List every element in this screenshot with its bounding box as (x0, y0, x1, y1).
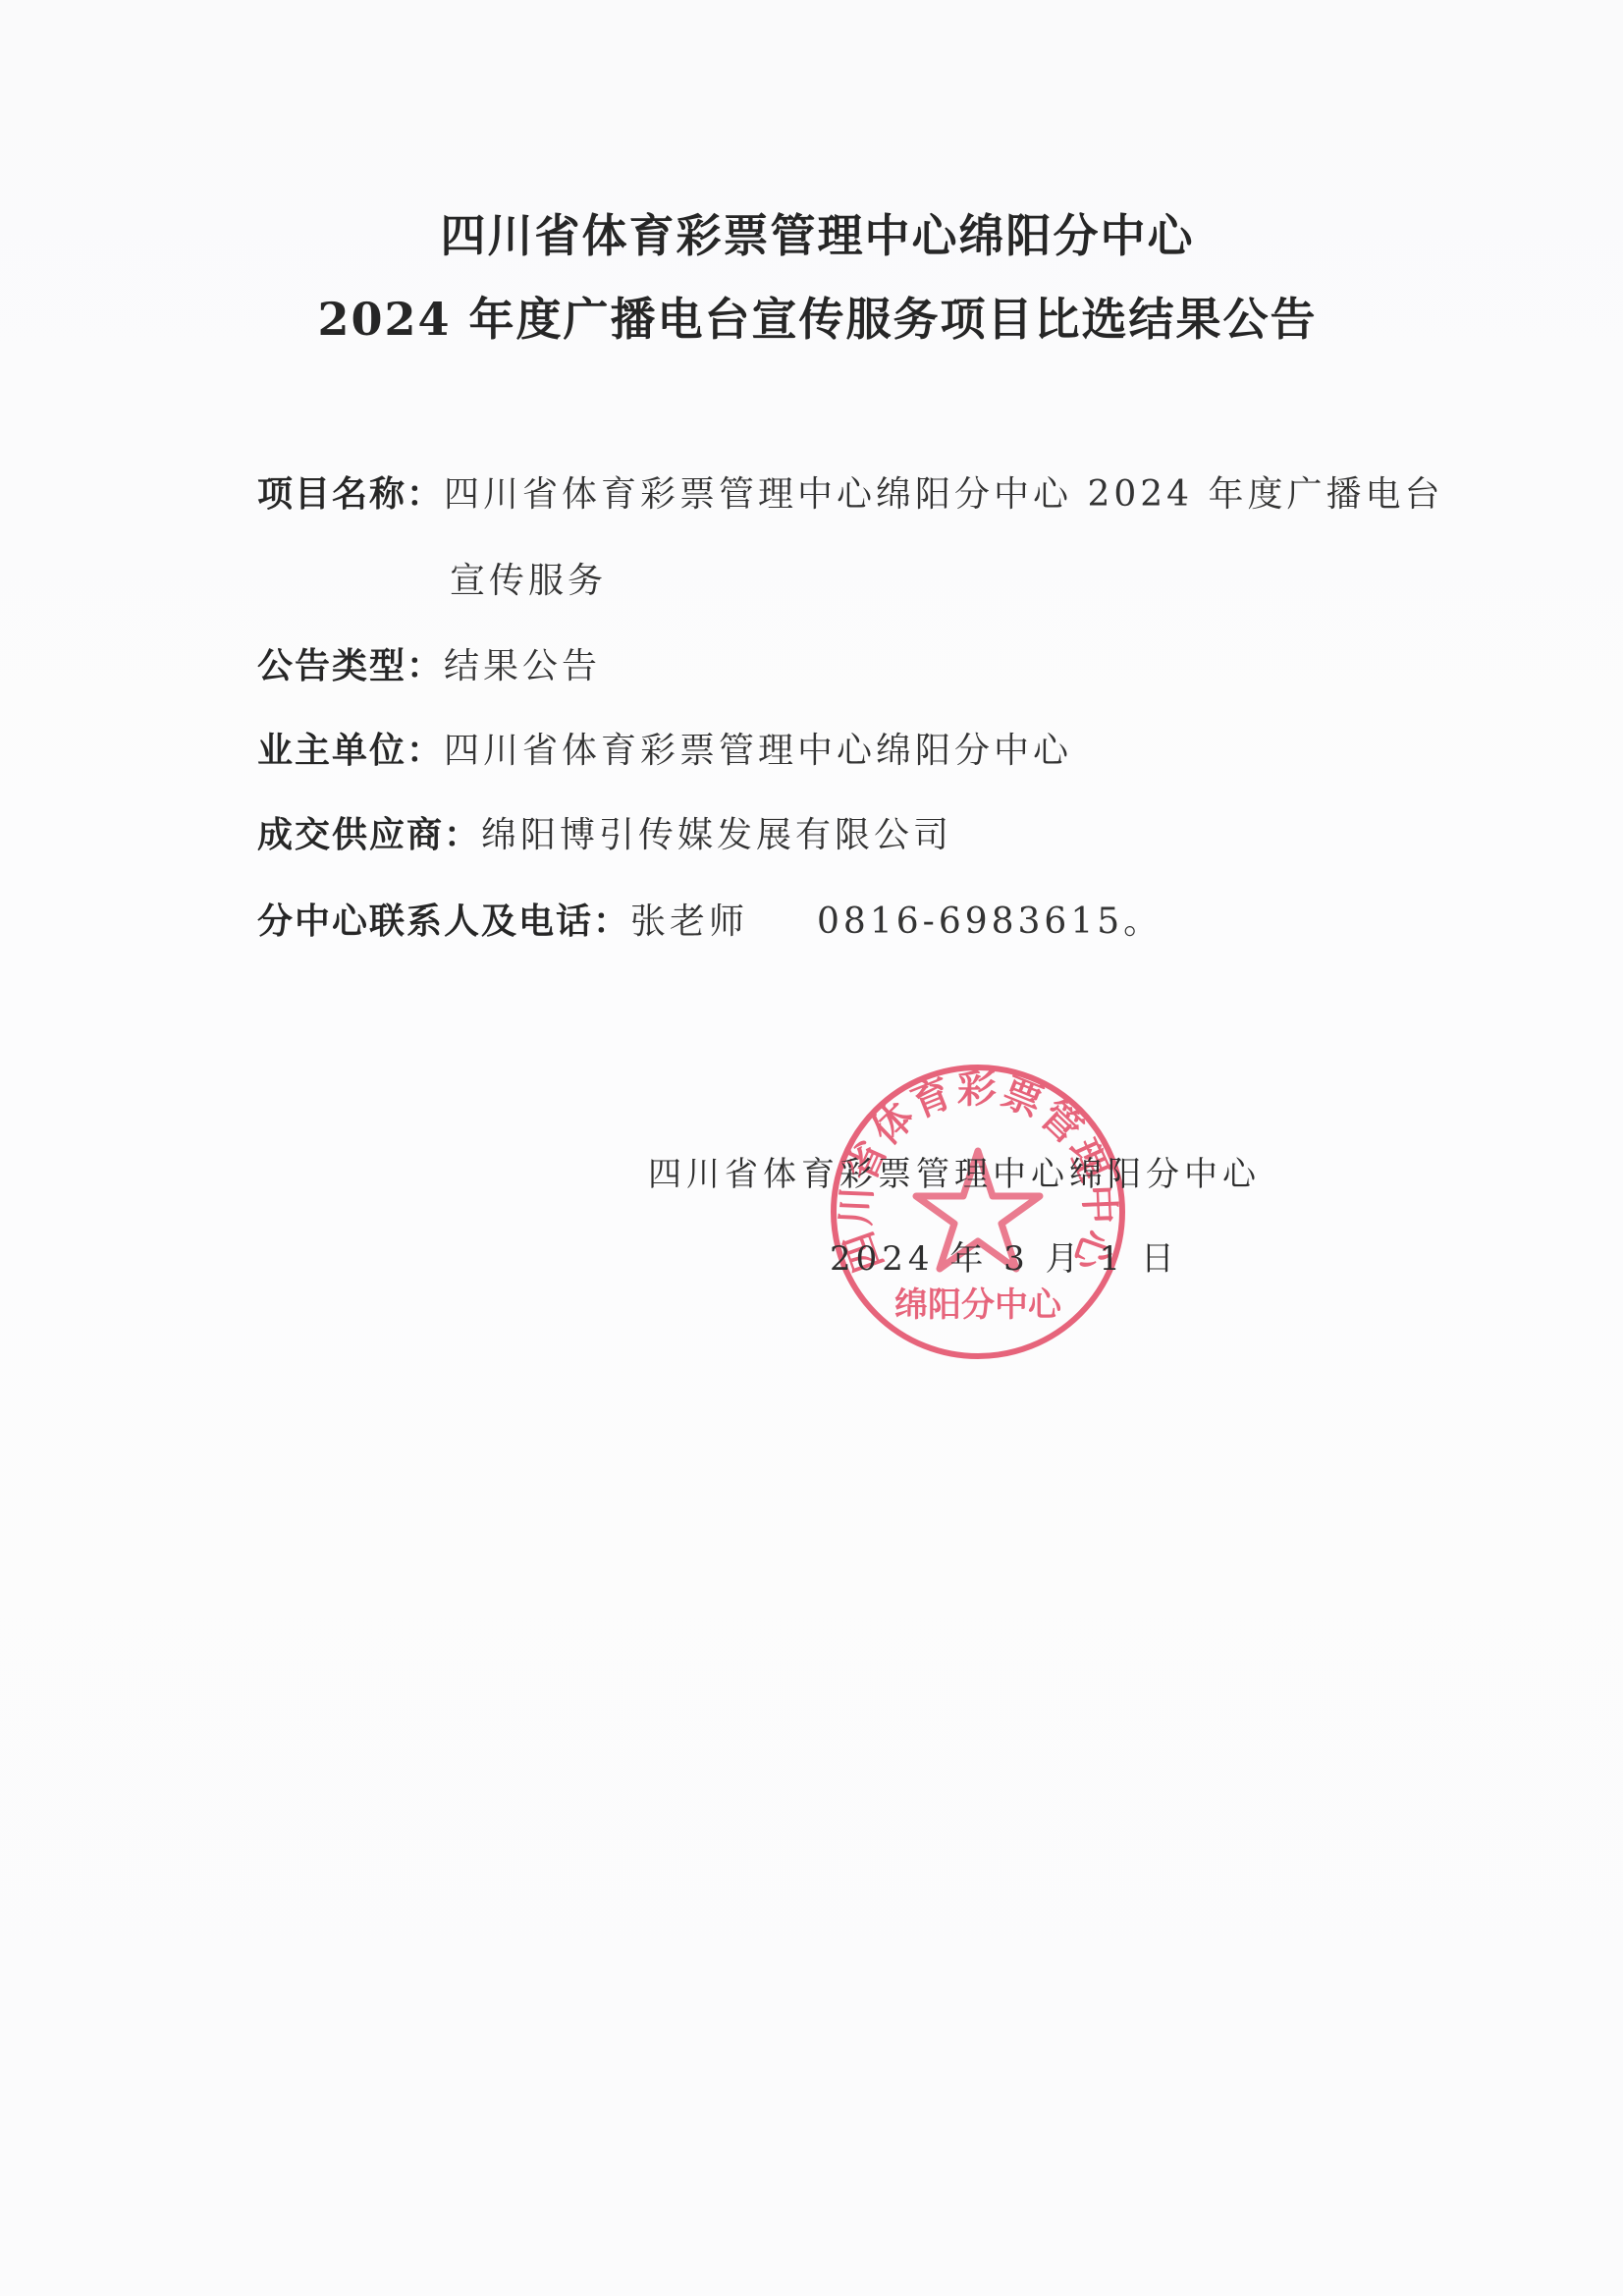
document-title-line-1: 四川省体育彩票管理中心绵阳分中心 (6, 206, 1623, 265)
seal-bottom-text: 绵阳分中心 (894, 1285, 1063, 1325)
contact-person: 张老师 (630, 902, 748, 942)
official-seal-icon: 四川省体育彩票管理中心 绵阳分中心 (829, 1063, 1127, 1361)
field-label: 成交供应商： (257, 815, 481, 855)
field-value: 四川省体育彩票管理中心绵阳分中心 2024 年度广播电台 (444, 474, 1444, 515)
contact-phone: 0816-6983615。 (817, 902, 1163, 942)
document-title-line-2: 2024 年度广播电台宣传服务项目比选结果公告 (6, 290, 1623, 349)
field-owner-unit: 业主单位：四川省体育彩票管理中心绵阳分中心 (257, 727, 1072, 775)
document-page: 四川省体育彩票管理中心绵阳分中心 2024 年度广播电台宣传服务项目比选结果公告… (0, 0, 1623, 2296)
field-value: 绵阳博引传媒发展有限公司 (481, 815, 952, 855)
field-label: 项目名称： (257, 474, 444, 515)
signature-date: 2024 年 3 月 1 日 (830, 1236, 1179, 1282)
field-label: 业主单位： (257, 731, 444, 771)
field-project-name: 项目名称：四川省体育彩票管理中心绵阳分中心 2024 年度广播电台 (257, 470, 1444, 519)
field-project-name-continued: 宣传服务 (450, 557, 607, 605)
field-value: 结果公告 (444, 646, 601, 686)
field-contact: 分中心联系人及电话：张老师0816-6983615。 (257, 898, 1163, 946)
signature-organization: 四川省体育彩票管理中心绵阳分中心 (648, 1152, 1261, 1197)
field-winning-supplier: 成交供应商：绵阳博引传媒发展有限公司 (257, 811, 952, 859)
field-value-continued: 宣传服务 (450, 561, 607, 601)
field-announcement-type: 公告类型：结果公告 (257, 642, 601, 690)
field-label: 分中心联系人及电话： (257, 902, 630, 942)
field-value: 四川省体育彩票管理中心绵阳分中心 (444, 731, 1072, 771)
field-label: 公告类型： (257, 646, 444, 686)
